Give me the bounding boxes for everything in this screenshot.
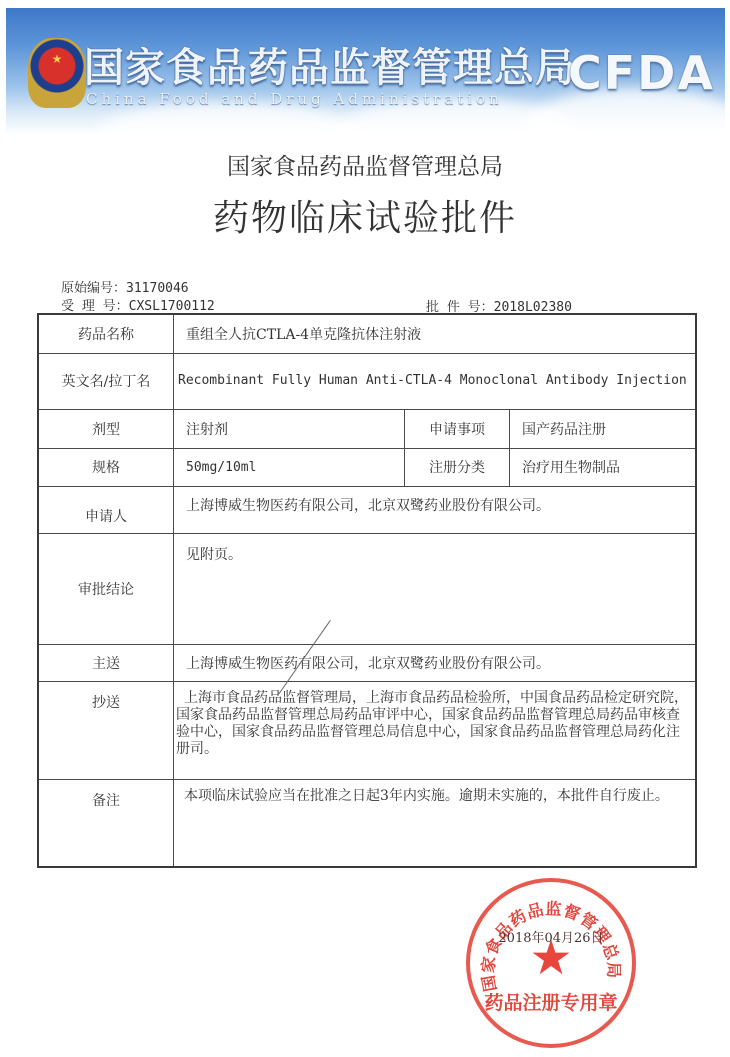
national-emblem-icon: ★ [28,38,86,108]
table-row: 申请人 上海博威生物医药有限公司，北京双鹭药业股份有限公司。 [38,486,696,533]
drug-name-label: 药品名称 [38,314,174,353]
drug-name-value: 重组全人抗CTLA-4单克隆抗体注射液 [174,314,697,353]
english-name-value: Recombinant Fully Human Anti-CTLA-4 Mono… [174,353,697,409]
document-title: 药物临床试验批件 [0,190,730,241]
cc-value: 上海市食品药品监督管理局，上海市食品药品检验所，中国食品药品检定研究院，国家食品… [174,682,695,758]
table-row: 备注 本项临床试验应当在批准之日起3年内实施。逾期未实施的，本批件自行废止。 [38,779,696,867]
original-number: 原始编号：31170046 [61,277,189,296]
applicant-label: 申请人 [38,486,174,533]
seal-bottom-text: 药品注册专用章 [470,988,632,1015]
acceptance-number-label: 受 理 号： [61,299,129,314]
seal-date: 2018年04月26日 [470,927,632,946]
table-row: 规格 50mg/10ml 注册分类 治疗用生物制品 [38,448,696,486]
original-number-label: 原始编号： [61,281,126,296]
english-name-label: 英文名/拉丁名 [38,353,174,409]
application-item-value: 国产药品注册 [510,409,697,448]
dosage-form-value: 注射剂 [174,409,405,448]
table-row: 药品名称 重组全人抗CTLA-4单克隆抗体注射液 [38,314,696,353]
dosage-form-label: 剂型 [38,409,174,448]
cc-value-cell: 上海市食品药品监督管理局，上海市食品药品检验所，中国食品药品检定研究院，国家食品… [174,681,697,779]
remarks-value: 本项临床试验应当在批准之日起3年内实施。逾期未实施的，本批件自行废止。 [174,780,695,805]
registration-category-value: 治疗用生物制品 [510,448,697,486]
application-item-label: 申请事项 [405,409,510,448]
table-row: 审批结论 见附页。 [38,533,696,644]
remarks-label: 备注 [38,779,174,867]
conclusion-value: 见附页。 [174,533,697,644]
agency-banner: ★ 国家食品药品监督管理总局 China Food and Drug Admin… [6,8,725,135]
specification-label: 规格 [38,448,174,486]
table-row: 主送 上海博威生物医药有限公司，北京双鹭药业股份有限公司。 [38,644,696,681]
applicant-value: 上海博威生物医药有限公司，北京双鹭药业股份有限公司。 [174,486,697,533]
acceptance-number-value: CXSL1700112 [129,299,215,314]
agency-name-cn: 国家食品药品监督管理总局 [84,36,576,93]
main-recipient-value: 上海博威生物医药有限公司，北京双鹭药业股份有限公司。 [174,644,697,681]
main-recipient-label: 主送 [38,644,174,681]
cfda-logo: CFDA [568,46,715,100]
approval-form-table: 药品名称 重组全人抗CTLA-4单克隆抗体注射液 英文名/拉丁名 Recombi… [37,313,697,868]
table-row: 英文名/拉丁名 Recombinant Fully Human Anti-CTL… [38,353,696,409]
cc-label: 抄送 [38,681,174,779]
remarks-value-cell: 本项临床试验应当在批准之日起3年内实施。逾期未实施的，本批件自行废止。 [174,779,697,867]
registration-category-label: 注册分类 [405,448,510,486]
table-row: 抄送 上海市食品药品监督管理局，上海市食品药品检验所，中国食品药品检定研究院，国… [38,681,696,779]
acceptance-number: 受 理 号：CXSL1700112 [61,295,215,314]
original-number-value: 31170046 [126,281,189,296]
issuer-heading: 国家食品药品监督管理总局 [0,148,730,181]
official-seal: 国家食品药品监督管理总局 ★ 2018年04月26日 药品注册专用章 [466,878,636,1048]
specification-value: 50mg/10ml [174,448,405,486]
conclusion-label: 审批结论 [38,533,174,644]
agency-name-en: China Food and Drug Administration [86,90,503,108]
table-row: 剂型 注射剂 申请事项 国产药品注册 [38,409,696,448]
